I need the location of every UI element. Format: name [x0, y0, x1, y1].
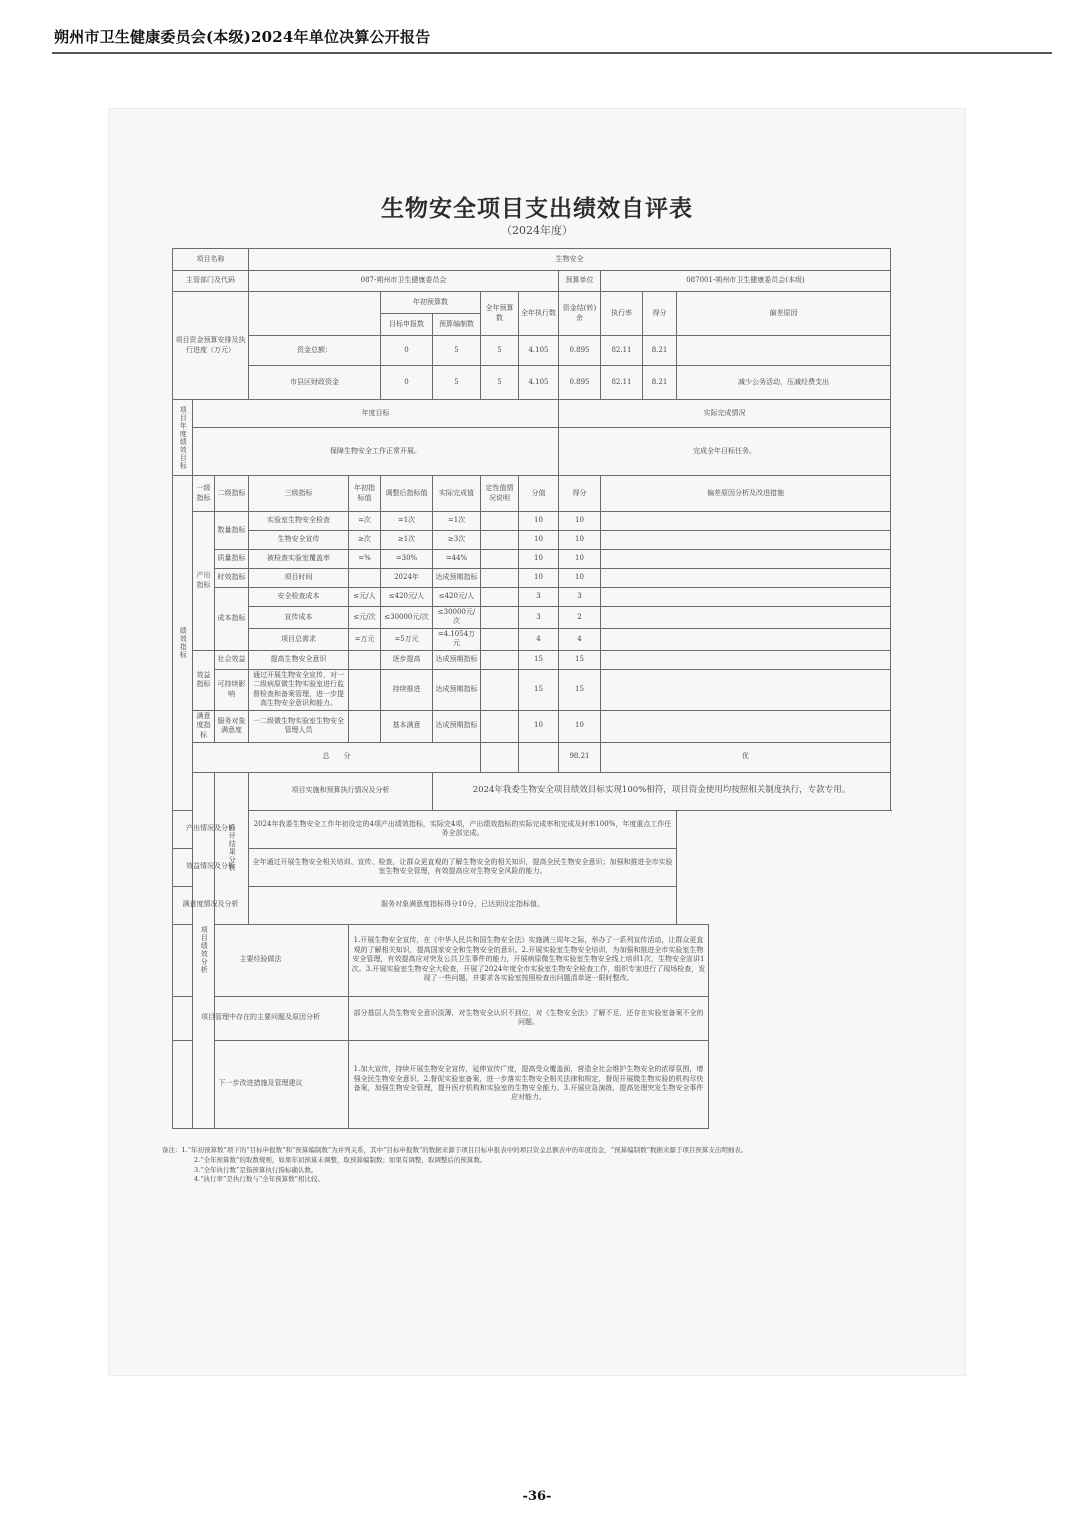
funds-row-local: 市县区财政资金 0 5 5 4.105 0.895 82.11 8.21 减少公…: [173, 366, 891, 400]
indicator-row: 成本指标 安全检查成本 ≤元/人 ≤420元/人 ≤420元/人 3 3: [173, 588, 891, 607]
budget-unit-value: 087001-朔州市卫生健康委员会(本级): [601, 271, 891, 292]
problems-row: 项目管理中存在的主要问题及原因分析 部分基层人员生物安全意识淡薄，对生物安全认识…: [173, 996, 891, 1040]
experience-row: 主要经验做法 1.开展生物安全宣传，在《中华人民共和国生物安全法》实施满三周年之…: [173, 924, 891, 996]
total-row: 总 分 98.21 优: [173, 742, 891, 772]
grade: 优: [601, 742, 891, 772]
form-title: 生物安全项目支出绩效自评表: [108, 190, 966, 223]
funds-section-label: 项目资金预算安排及执行进度（万元）: [173, 292, 249, 400]
analysis-row: 项目绩效分析 自评结果分析 项目实施和预算执行情况及分析 2024年我委生物安全…: [173, 772, 891, 810]
indicator-row: 产出指标 数量指标 实验室生物安全检查 =次 =1次 =1次 10 10: [173, 512, 891, 531]
header-divider: [52, 52, 1052, 54]
annual-goal: 保障生物安全工作正常开展。: [193, 428, 559, 476]
next-steps-row: 下一步改进措施及管理建议 1.加大宣传，持续开展生物安全宣传，延伸宣传广度，提高…: [173, 1040, 891, 1128]
goals-header-row: 项目年度绩效目标 年度目标 实际完成情况: [173, 400, 891, 428]
indicators-header-row: 绩效指标 一级指标 二级指标 三级指标 年初指标值 调整后指标值 实际完成值 定…: [173, 476, 891, 512]
notes: 备注：1.“年初预算数”项下的“目标申报数”和“预算编制数”为并列关系，其中“目…: [162, 1146, 952, 1185]
goals-content-row: 保障生物安全工作正常开展。 完成全年目标任务。: [173, 428, 891, 476]
scanned-form: 生物安全项目支出绩效自评表 （2024年度） 项目名称 生物安全 主管部门及代码…: [108, 108, 966, 1376]
analysis-row: 满意度情况及分析 服务对象满意度指标得分10分，已达到设定指标值。: [173, 886, 891, 924]
project-name-row: 项目名称 生物安全: [173, 249, 891, 271]
funds-row-total: 资金总额： 0 5 5 4.105 0.895 82.11 8.21: [173, 336, 891, 366]
total-score: 98.21: [559, 742, 601, 772]
indicator-row: 宣传成本 ≤元/次 ≤30000元/次 ≤30000元/次 3 2: [173, 607, 891, 629]
indicator-row: 满意度指标 服务对象满意度 一二级微生物实验室生物安全管理人员 基本满意 达成预…: [173, 710, 891, 742]
dept-row: 主管部门及代码 087-朔州市卫生健康委员会 预算单位 087001-朔州市卫生…: [173, 271, 891, 292]
funds-header-row-1: 项目资金预算安排及执行进度（万元） 年初预算数 全年预算数 全年执行数 资金结(…: [173, 292, 891, 314]
indicator-row: 生物安全宣传 ≥次 ≥1次 ≥3次 10 10: [173, 531, 891, 550]
performance-table: 项目名称 生物安全 主管部门及代码 087-朔州市卫生健康委员会 预算单位 08…: [172, 248, 891, 1129]
project-name: 生物安全: [249, 249, 891, 271]
indicator-row: 项目总需求 =万元 =5万元 =4.1054万元 4 4: [173, 628, 891, 650]
form-subtitle: （2024年度）: [108, 222, 966, 238]
actual-completion: 完成全年目标任务。: [559, 428, 891, 476]
page-header: 朔州市卫生健康委员会(本级)2024年单位决算公开报告: [54, 26, 430, 47]
analysis-row: 产出情况及分析 2024年我委生物安全工作年初设定的4项产出绩效指标，实际完4项…: [173, 810, 891, 848]
indicator-row: 时效指标 项目时间 2024年 达成预期指标 10 10: [173, 569, 891, 588]
analysis-row: 效益情况及分析 全年通过开展生物安全相关培训、宣传、检查，让群众更直观的了解生物…: [173, 848, 891, 886]
indicator-row: 可持续影响 通过开展生物安全宣传，对一二级病原微生物实验室进行监督检查和备案管理…: [173, 669, 891, 710]
indicator-row: 质量指标 被检查实验室覆盖率 =% =30% =44% 10 10: [173, 550, 891, 569]
indicator-row: 效益指标 社会效益 提高生物安全意识 逐步提高 达成预期指标 15 15: [173, 650, 891, 669]
dept-value: 087-朔州市卫生健康委员会: [249, 271, 559, 292]
page-number: -36-: [0, 1489, 1074, 1504]
